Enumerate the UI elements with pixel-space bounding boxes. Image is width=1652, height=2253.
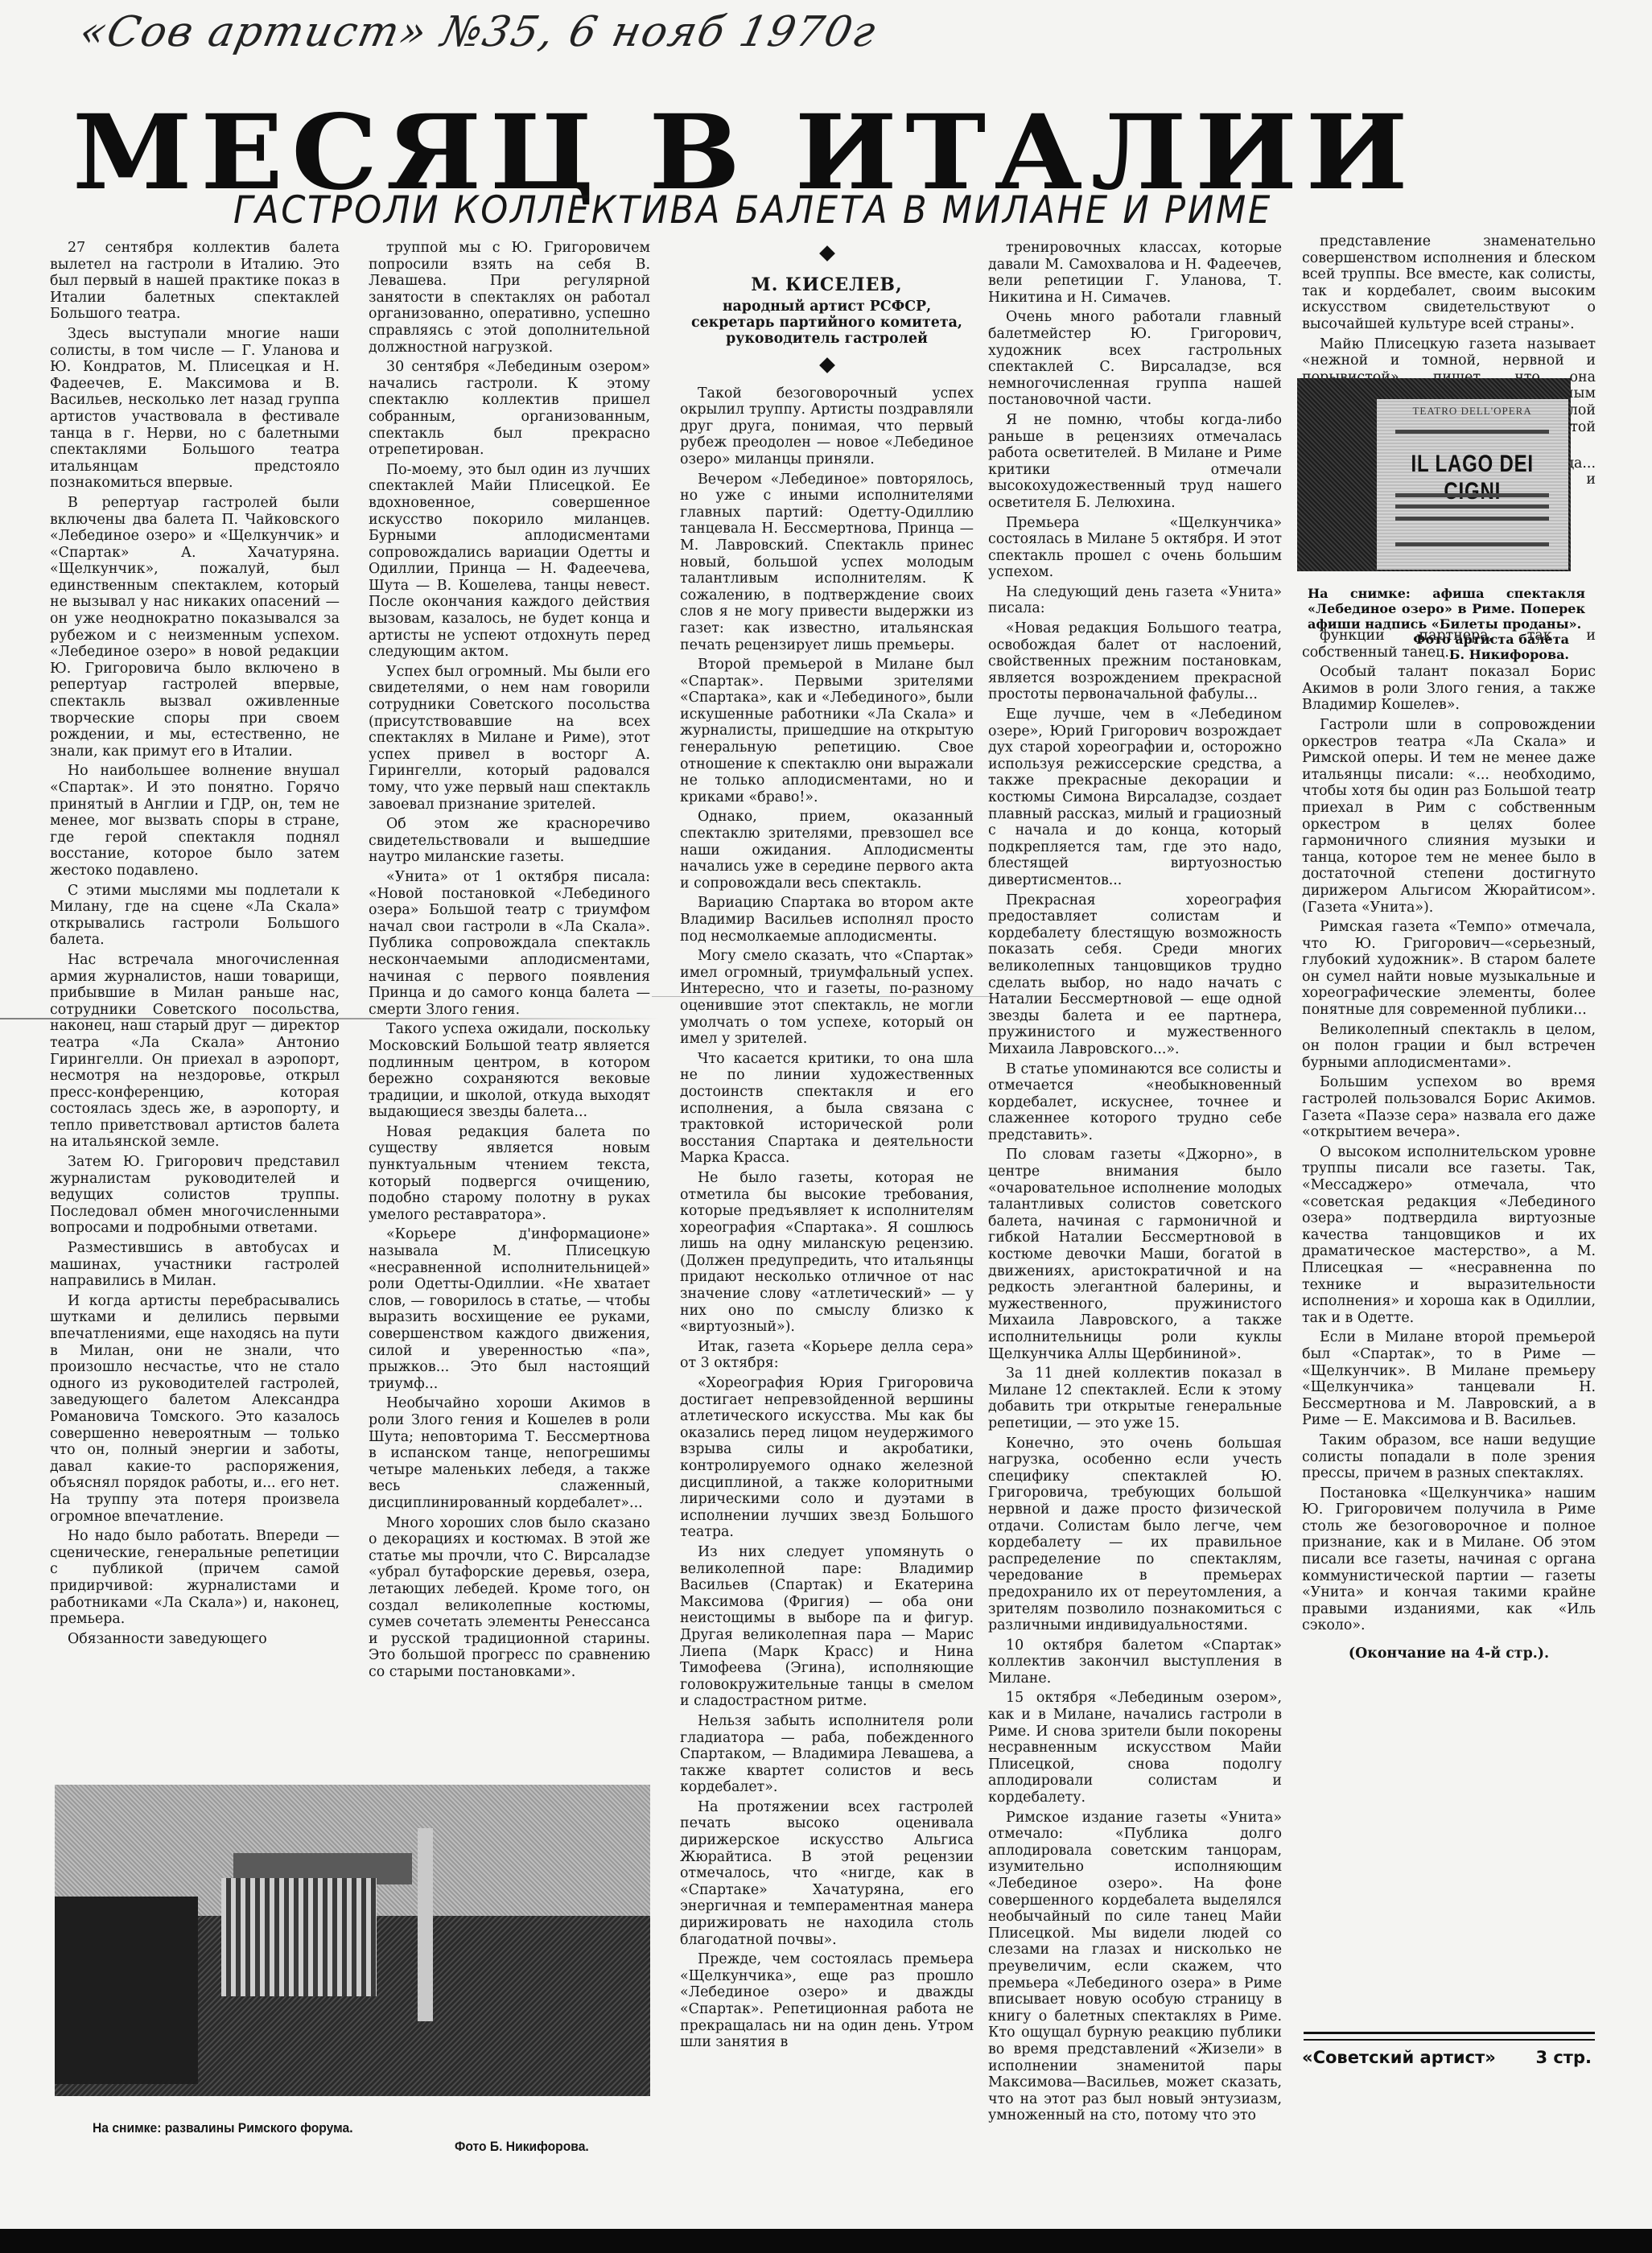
page-number: 3 стр. (1535, 2048, 1592, 2067)
paragraph: О высоком исполнительском уровне труппы … (1302, 1144, 1596, 1327)
paragraph: «Новая редакция Большого театра, освобож… (988, 620, 1282, 703)
column-1: 27 сентября коллектив балета вылетел на … (50, 240, 340, 1650)
author-title: секретарь партийного комитета, (680, 315, 974, 331)
forum-photo (55, 1785, 650, 2096)
paragraph: Но наибольшее волнение внушал «Спартак».… (50, 763, 340, 879)
paragraph: «Хореография Юрия Григоровича достигает … (680, 1375, 974, 1541)
poster-text-line (1395, 542, 1548, 546)
paragraph: На протяжении всех гастролей печать высо… (680, 1799, 974, 1948)
paragraph: Второй премьерой в Милане был «Спартак».… (680, 657, 974, 805)
column-2: труппой мы с Ю. Григоровичем попросили в… (369, 240, 650, 1683)
paragraph: Необычайно хороши Акимов в роли Злого ге… (369, 1395, 650, 1511)
paragraph: Новая редакция балета по существу являет… (369, 1124, 650, 1224)
newspaper-name: «Советский артист» (1302, 2048, 1496, 2067)
paragraph: Гастроли шли в сопровождении оркестров т… (1302, 717, 1596, 916)
paragraph: В репертуар гастролей были включены два … (50, 495, 340, 760)
author-byline: М. КИСЕЛЕВ, народный артист РСФСР, секре… (680, 248, 974, 371)
paragraph: 15 октября «Лебединым озером», как и в М… (988, 1690, 1282, 1806)
paragraph: С этими мыслями мы подлетали к Милану, г… (50, 883, 340, 949)
page-footer: «Советский артист» 3 стр. (1302, 2048, 1592, 2067)
paragraph: Очень много работали главный балетмейсте… (988, 309, 1282, 409)
paragraph: На следующий день газета «Унита» писала: (988, 584, 1282, 617)
paragraph: Такого успеха ожидали, поскольку Московс… (369, 1021, 650, 1121)
paragraph: Что касается критики, то она шла не по л… (680, 1051, 974, 1167)
paragraph: По-моему, это был один из лучших спектак… (369, 462, 650, 661)
paragraph: Однако, прием, оказанный спектаклю зрите… (680, 809, 974, 892)
photo-ruins-left (55, 1897, 198, 2083)
poster-title: IL LAGO DEI CIGNI (1405, 451, 1540, 505)
paragraph: Особый талант показал Борис Акимов в рол… (1302, 664, 1596, 714)
forum-caption: На снимке: развалины Римского форума. (93, 2120, 353, 2136)
author-title: народный артист РСФСР, (680, 299, 974, 315)
paragraph: Римская газета «Темпо» отмечала, что Ю. … (1302, 919, 1596, 1019)
paragraph: Успех был огромный. Мы были его свидетел… (369, 664, 650, 813)
photo-column (418, 1828, 433, 2021)
paragraph: Великолепный спектакль в целом, он полон… (1302, 1022, 1596, 1072)
paragraph: «Унита» от 1 октября писала: «Новой пост… (369, 869, 650, 1018)
photo-temple-columns (221, 1878, 376, 1996)
author-title: руководитель гастролей (680, 331, 974, 347)
paragraph: Прекрасная хореография предоставляет сол… (988, 892, 1282, 1058)
paragraph: 10 октября балетом «Спартак» коллектив з… (988, 1637, 1282, 1687)
paragraph: Обязанности заведующего (50, 1631, 340, 1648)
paragraph: Вариацию Спартака во втором акте Владими… (680, 895, 974, 945)
paragraph: И когда артисты перебрасывались шутками … (50, 1293, 340, 1525)
paragraph: труппой мы с Ю. Григоровичем попросили в… (369, 240, 650, 356)
forum-credit: Фото Б. Никифорова. (455, 2139, 589, 2155)
paragraph: тренировочных классах, которые давали М.… (988, 240, 1282, 306)
paragraph: 27 сентября коллектив балета вылетел на … (50, 240, 340, 323)
author-name: М. КИСЕЛЕВ, (680, 277, 974, 294)
paragraph: Но надо было работать. Впереди — сцениче… (50, 1528, 340, 1628)
footer-rule (1304, 2032, 1595, 2041)
paragraph: Прежде, чем состоялась премьера «Щелкунч… (680, 1951, 974, 2051)
paragraph: За 11 дней коллектив показал в Милане 12… (988, 1365, 1282, 1431)
paragraph: Не было газеты, которая не отметила бы в… (680, 1170, 974, 1336)
paragraph: Нас встречала многочисленная армия журна… (50, 952, 340, 1151)
column-5-lower: функции партнера, так и собственный тане… (1302, 628, 1596, 1662)
continuation-note: (Окончание на 4-й стр.). (1302, 1645, 1596, 1662)
paragraph: Если в Милане второй премьерой был «Спар… (1302, 1329, 1596, 1429)
poster-text-line (1395, 505, 1548, 509)
paragraph: По словам газеты «Джорно», в центре вним… (988, 1147, 1282, 1362)
handwritten-note: «Сов артист» №35, 6 нояб 1970г (76, 8, 881, 56)
paragraph: Могу смело сказать, что «Спартак» имел о… (680, 948, 974, 1048)
paragraph: Вечером «Лебединое» повторялось, но уже … (680, 472, 974, 654)
paragraph: Конечно, это очень большая нагрузка, осо… (988, 1435, 1282, 1634)
paragraph: Такой безоговорочный успех окрылил трупп… (680, 385, 974, 468)
paragraph: Постановка «Щелкунчика» нашим Ю. Григоро… (1302, 1485, 1596, 1634)
paragraph: Еще лучше, чем в «Лебедином озере», Юрий… (988, 706, 1282, 889)
diamond-ornament-icon (819, 357, 835, 373)
poster-theatre-name: TEATRO DELL'OPERA (1384, 405, 1560, 418)
paragraph: Затем Ю. Григорович представил журналист… (50, 1154, 340, 1237)
paragraph: Большим успехом во время гастролей польз… (1302, 1074, 1596, 1140)
poster-sheet: TEATRO DELL'OPERA IL LAGO DEI CIGNI (1377, 399, 1568, 569)
paragraph: Римское издание газеты «Унита» отмечало:… (988, 1810, 1282, 2124)
column-4: тренировочных классах, которые давали М.… (988, 240, 1282, 2127)
poster-photo: TEATRO DELL'OPERA IL LAGO DEI CIGNI (1297, 378, 1571, 571)
paragraph: Много хороших слов было сказано о декора… (369, 1515, 650, 1681)
paragraph: Итак, газета «Корьере делла сера» от 3 о… (680, 1339, 974, 1372)
column-5-lower-body: функции партнера, так и собственный тане… (1302, 628, 1596, 1634)
subheadline: ГАСТРОЛИ КОЛЛЕКТИВА БАЛЕТА В МИЛАНЕ И РИ… (233, 188, 1344, 233)
paragraph: В статье упоминаются все солисты и отмеч… (988, 1061, 1282, 1144)
paragraph: Таким образом, все наши ведущие солисты … (1302, 1432, 1596, 1482)
paragraph: функции партнера, так и собственный тане… (1302, 628, 1596, 661)
poster-text-line (1395, 493, 1548, 497)
column-3: М. КИСЕЛЕВ, народный артист РСФСР, секре… (680, 240, 974, 2054)
paragraph: Здесь выступали многие наши солисты, в т… (50, 326, 340, 492)
paragraph: 30 сентября «Лебединым озером» начались … (369, 359, 650, 459)
paragraph: Разместившись в автобусах и машинах, уча… (50, 1240, 340, 1290)
paragraph: Премьера «Щелкунчика» состоялась в Милан… (988, 515, 1282, 581)
poster-text-line (1395, 430, 1548, 434)
paragraph: Об этом же красноречиво свидетельствовал… (369, 816, 650, 866)
scan-edge (0, 2229, 1652, 2253)
paragraph: Из них следует упомянуть о великолепной … (680, 1544, 974, 1710)
paragraph: «Корьере д'информационе» называла М. Пли… (369, 1226, 650, 1392)
poster-text-line (1395, 517, 1548, 521)
paragraph: Нельзя забыть исполнителя роли гладиатор… (680, 1713, 974, 1796)
poster-caption-text: На снимке: афиша спектакля «Лебединое оз… (1308, 586, 1585, 632)
paragraph: Я не помню, чтобы когда-либо раньше в ре… (988, 412, 1282, 512)
paragraph: представление знаменательно совершенство… (1302, 233, 1596, 333)
column-3-body: Такой безоговорочный успех окрылил трупп… (680, 385, 974, 2051)
